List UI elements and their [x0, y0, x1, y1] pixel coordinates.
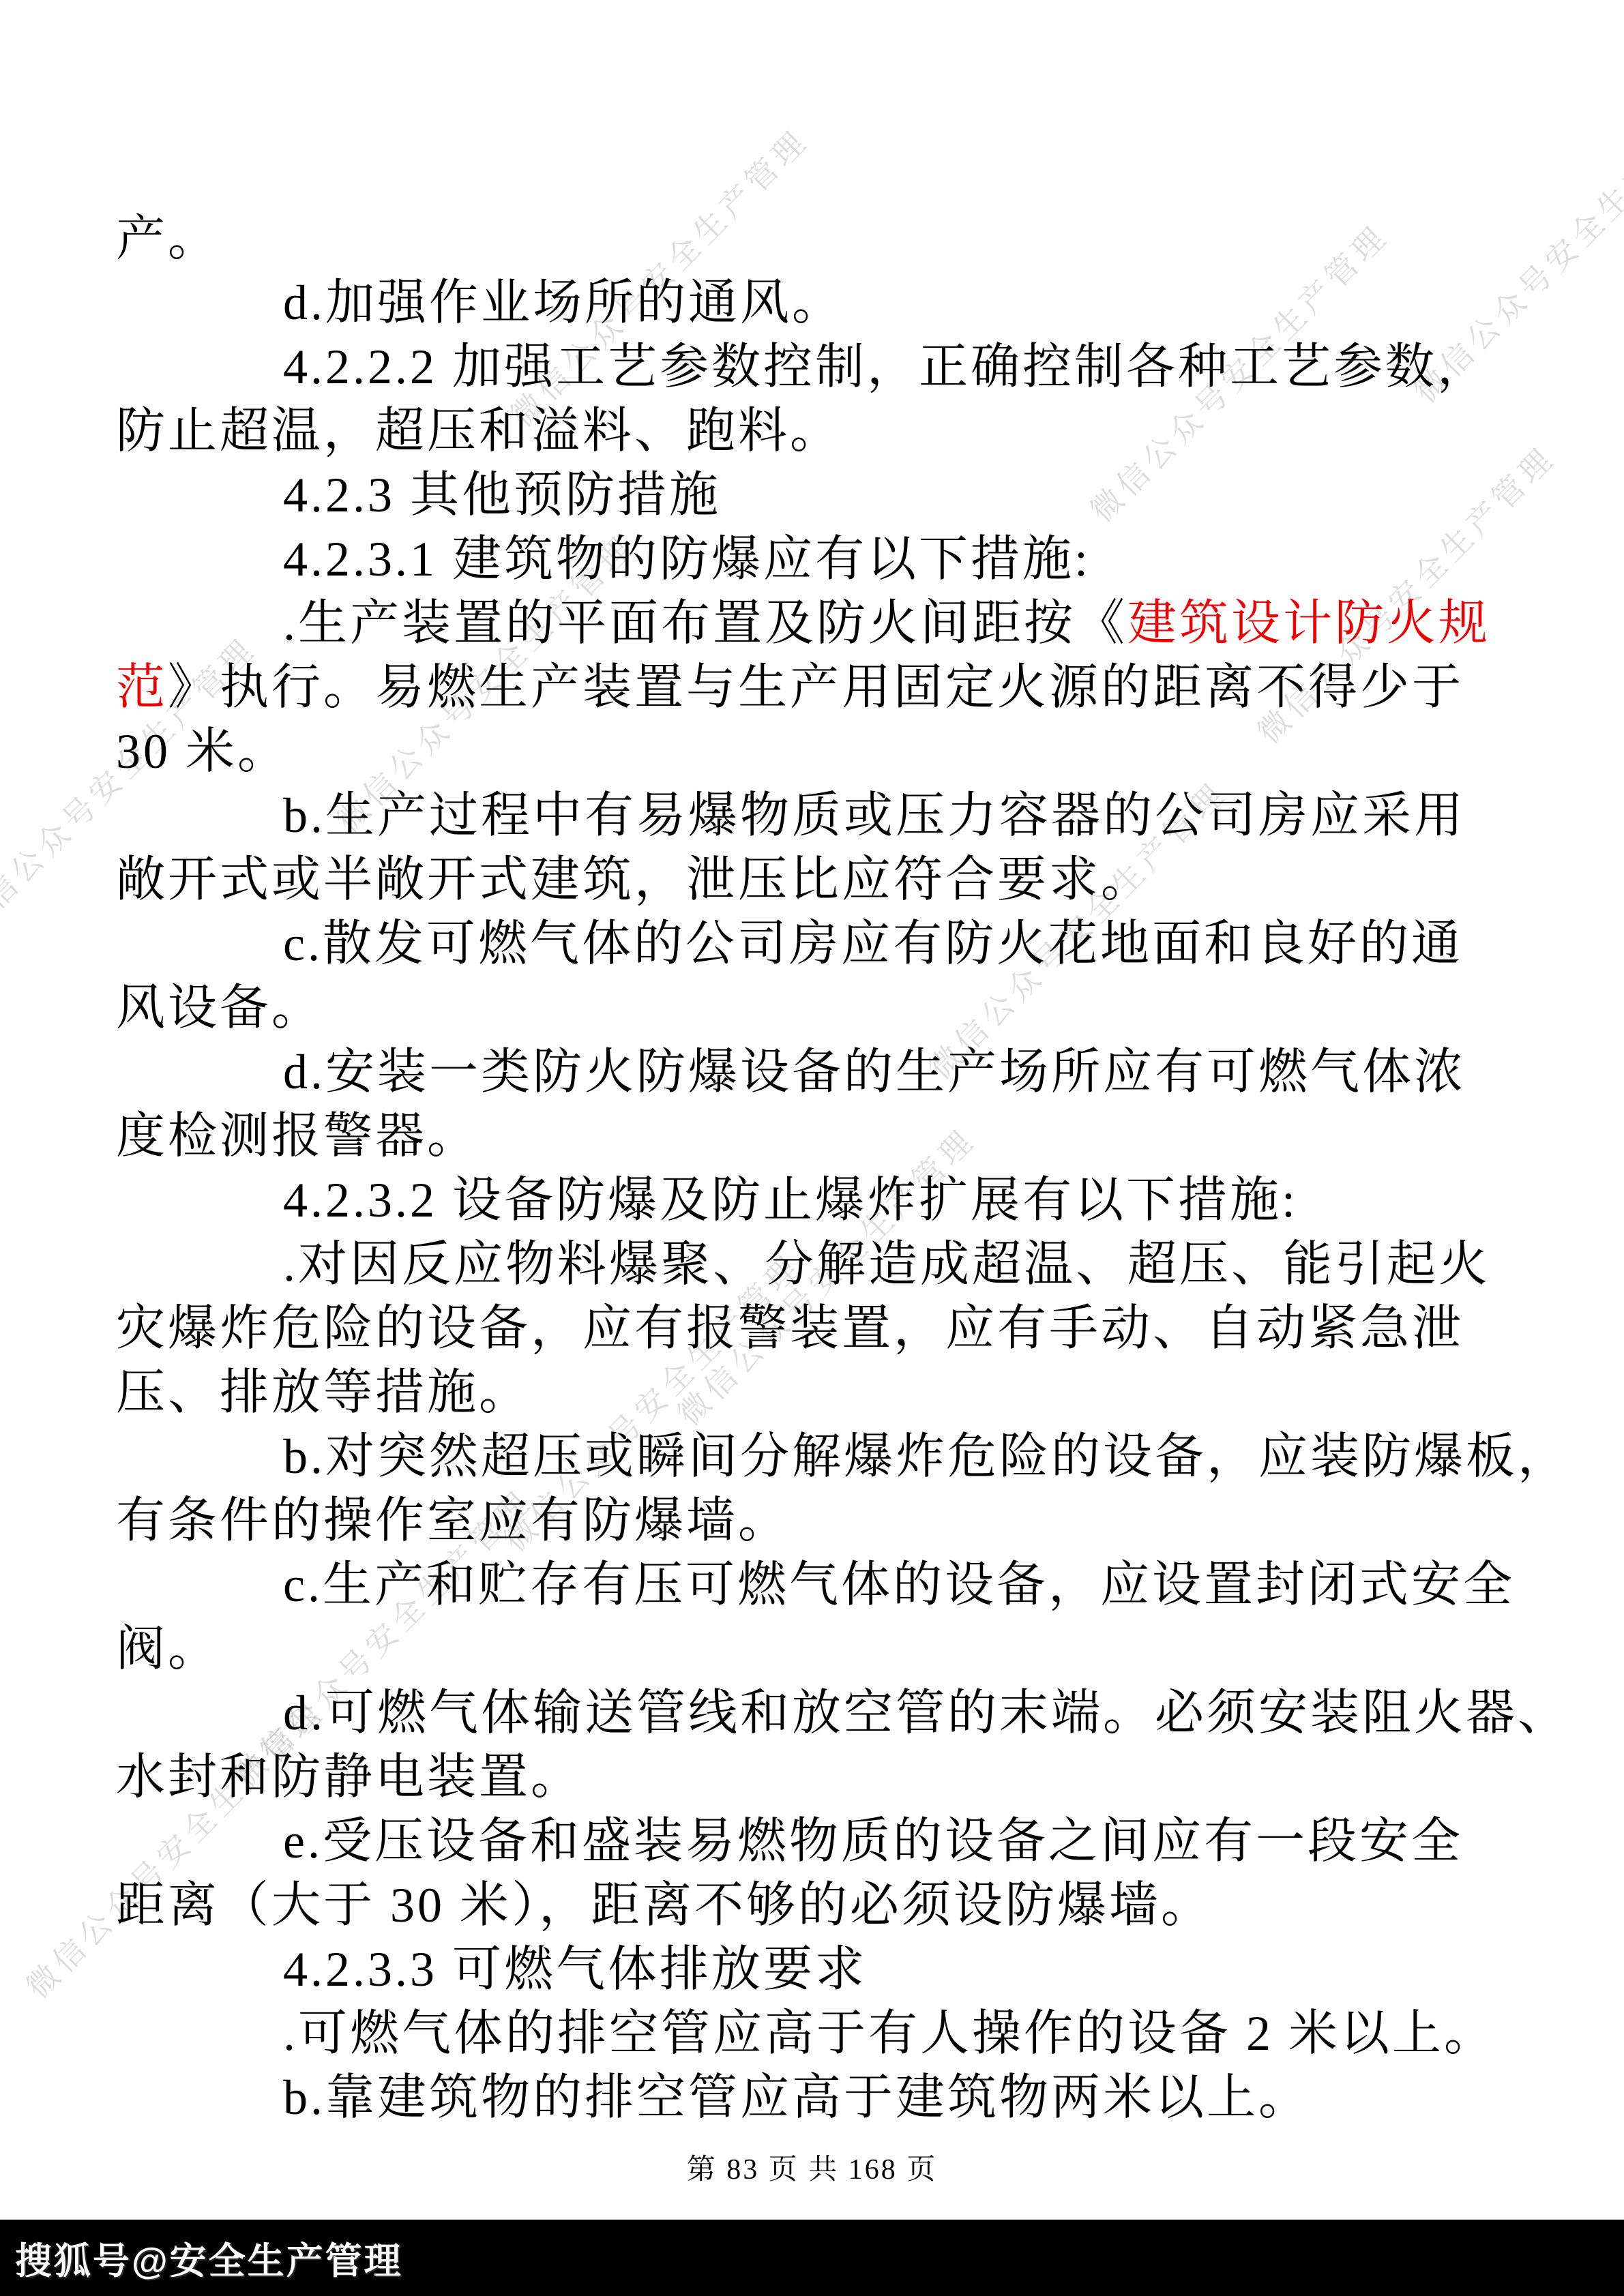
text-line: 灾爆炸危险的设备，应有报警装置，应有手动、自动紧急泄 [116, 1296, 1556, 1360]
text-line: 产。 [116, 207, 1556, 271]
text-segment: 4.2.2.2 加强工艺参数控制，正确控制各种工艺参数， [283, 340, 1489, 394]
text-segment: 水封和防静电装置。 [116, 1750, 582, 1804]
highlighted-regulation-name: 范 [116, 660, 168, 715]
text-segment: 》执行。易燃生产装置与生产用固定火源的距离不得少于 [168, 660, 1464, 715]
highlighted-regulation-name: 建筑设计防火规 [1127, 596, 1490, 651]
text-segment: 4.2.3.3 可燃气体排放要求 [283, 1942, 867, 1997]
text-line: e.受压设备和盛装易燃物质的设备之间应有一段安全 [116, 1809, 1556, 1873]
text-segment: .对因反应物料爆聚、分解造成超温、超压、能引起火 [283, 1237, 1490, 1292]
text-line: .生产装置的平面布置及防火间距按《建筑设计防火规 [116, 591, 1556, 655]
text-line: 4.2.3.2 设备防爆及防止爆炸扩展有以下措施: [116, 1168, 1556, 1232]
text-segment: 阀。 [116, 1622, 220, 1676]
text-line: 敞开式或半敞开式建筑，泄压比应符合要求。 [116, 848, 1556, 912]
text-line: 阀。 [116, 1617, 1556, 1681]
text-segment: 距离（大于 30 米），距离不够的必须设防爆墙。 [116, 1878, 1213, 1933]
text-segment: .可燃气体的排空管应高于有人操作的设备 2 米以上。 [283, 2006, 1496, 2061]
text-segment: 30 米。 [116, 724, 289, 779]
text-segment: 产。 [116, 211, 220, 266]
page-number: 第 83 页 共 168 页 [0, 2147, 1624, 2188]
text-segment: 4.2.3.2 设备防爆及防止爆炸扩展有以下措施: [283, 1173, 1298, 1227]
text-segment: 度检测报警器。 [116, 1109, 479, 1163]
text-line: 范》执行。易燃生产装置与生产用固定火源的距离不得少于 [116, 655, 1556, 719]
text-segment: 压、排放等措施。 [116, 1365, 531, 1420]
text-segment: e.受压设备和盛装易燃物质的设备之间应有一段安全 [283, 1814, 1463, 1868]
text-line: 4.2.2.2 加强工艺参数控制，正确控制各种工艺参数， [116, 335, 1556, 399]
text-line: 防止超温，超压和溢料、跑料。 [116, 399, 1556, 463]
text-segment: 风设备。 [116, 981, 323, 1035]
text-line: d.安装一类防火防爆设备的生产场所应有可燃气体浓 [116, 1040, 1556, 1104]
text-segment: 灾爆炸危险的设备，应有报警装置，应有手动、自动紧急泄 [116, 1301, 1464, 1356]
text-line: 风设备。 [116, 976, 1556, 1040]
text-line: b.生产过程中有易爆物质或压力容器的公司房应采用 [116, 784, 1556, 848]
text-line: 4.2.3.3 可燃气体排放要求 [116, 1937, 1556, 2001]
sohu-watermark-bar: 搜狐号@安全生产管理 [0, 2220, 1624, 2296]
text-line: 度检测报警器。 [116, 1104, 1556, 1168]
text-segment: 敞开式或半敞开式建筑，泄压比应符合要求。 [116, 852, 1153, 907]
text-line: d.加强作业场所的通风。 [116, 271, 1556, 335]
text-line: b.靠建筑物的排空管应高于建筑物两米以上。 [116, 2066, 1556, 2130]
document-lines: 产。d.加强作业场所的通风。4.2.2.2 加强工艺参数控制，正确控制各种工艺参… [116, 207, 1556, 2130]
text-line: d.可燃气体输送管线和放空管的末端。必须安装阻火器、 [116, 1681, 1556, 1745]
text-line: 距离（大于 30 米），距离不够的必须设防爆墙。 [116, 1873, 1556, 1937]
document-page: 微信公众号安全生产管理微信公众号安全生产管理微信公众号安全生产管理微信公众号安全… [0, 0, 1624, 2296]
text-segment: d.可燃气体输送管线和放空管的末端。必须安装阻火器、 [283, 1686, 1569, 1740]
text-line: 4.2.3.1 建筑物的防爆应有以下措施: [116, 527, 1556, 591]
text-segment: c.散发可燃气体的公司房应有防火花地面和良好的通 [283, 916, 1463, 971]
text-segment: c.生产和贮存有压可燃气体的设备，应设置封闭式安全 [283, 1557, 1515, 1612]
text-segment: b.生产过程中有易爆物质或压力容器的公司房应采用 [283, 788, 1466, 843]
sohu-watermark-text: 搜狐号@安全生产管理 [0, 2232, 403, 2284]
text-line: b.对突然超压或瞬间分解爆炸危险的设备，应装防爆板， [116, 1425, 1556, 1489]
text-line: 30 米。 [116, 719, 1556, 784]
text-line: c.生产和贮存有压可燃气体的设备，应设置封闭式安全 [116, 1553, 1556, 1617]
text-segment: 4.2.3.1 建筑物的防爆应有以下措施: [283, 532, 1091, 586]
text-line: 4.2.3 其他预防措施 [116, 463, 1556, 527]
text-segment: b.对突然超压或瞬间分解爆炸危险的设备，应装防爆板， [283, 1429, 1569, 1484]
text-segment: d.安装一类防火防爆设备的生产场所应有可燃气体浓 [283, 1045, 1466, 1099]
text-line: c.散发可燃气体的公司房应有防火花地面和良好的通 [116, 912, 1556, 976]
text-line: 水封和防静电装置。 [116, 1745, 1556, 1809]
text-segment: b.靠建筑物的排空管应高于建筑物两米以上。 [283, 2070, 1310, 2125]
text-line: .可燃气体的排空管应高于有人操作的设备 2 米以上。 [116, 2001, 1556, 2066]
text-segment: 防止超温，超压和溢料、跑料。 [116, 404, 842, 458]
text-segment: 有条件的操作室应有防爆墙。 [116, 1493, 790, 1548]
text-line: 压、排放等措施。 [116, 1360, 1556, 1425]
text-line: .对因反应物料爆聚、分解造成超温、超压、能引起火 [116, 1232, 1556, 1296]
text-segment: d.加强作业场所的通风。 [283, 275, 844, 330]
text-segment: 4.2.3 其他预防措施 [283, 468, 721, 522]
text-segment: .生产装置的平面布置及防火间距按《 [283, 596, 1127, 651]
text-line: 有条件的操作室应有防爆墙。 [116, 1489, 1556, 1553]
